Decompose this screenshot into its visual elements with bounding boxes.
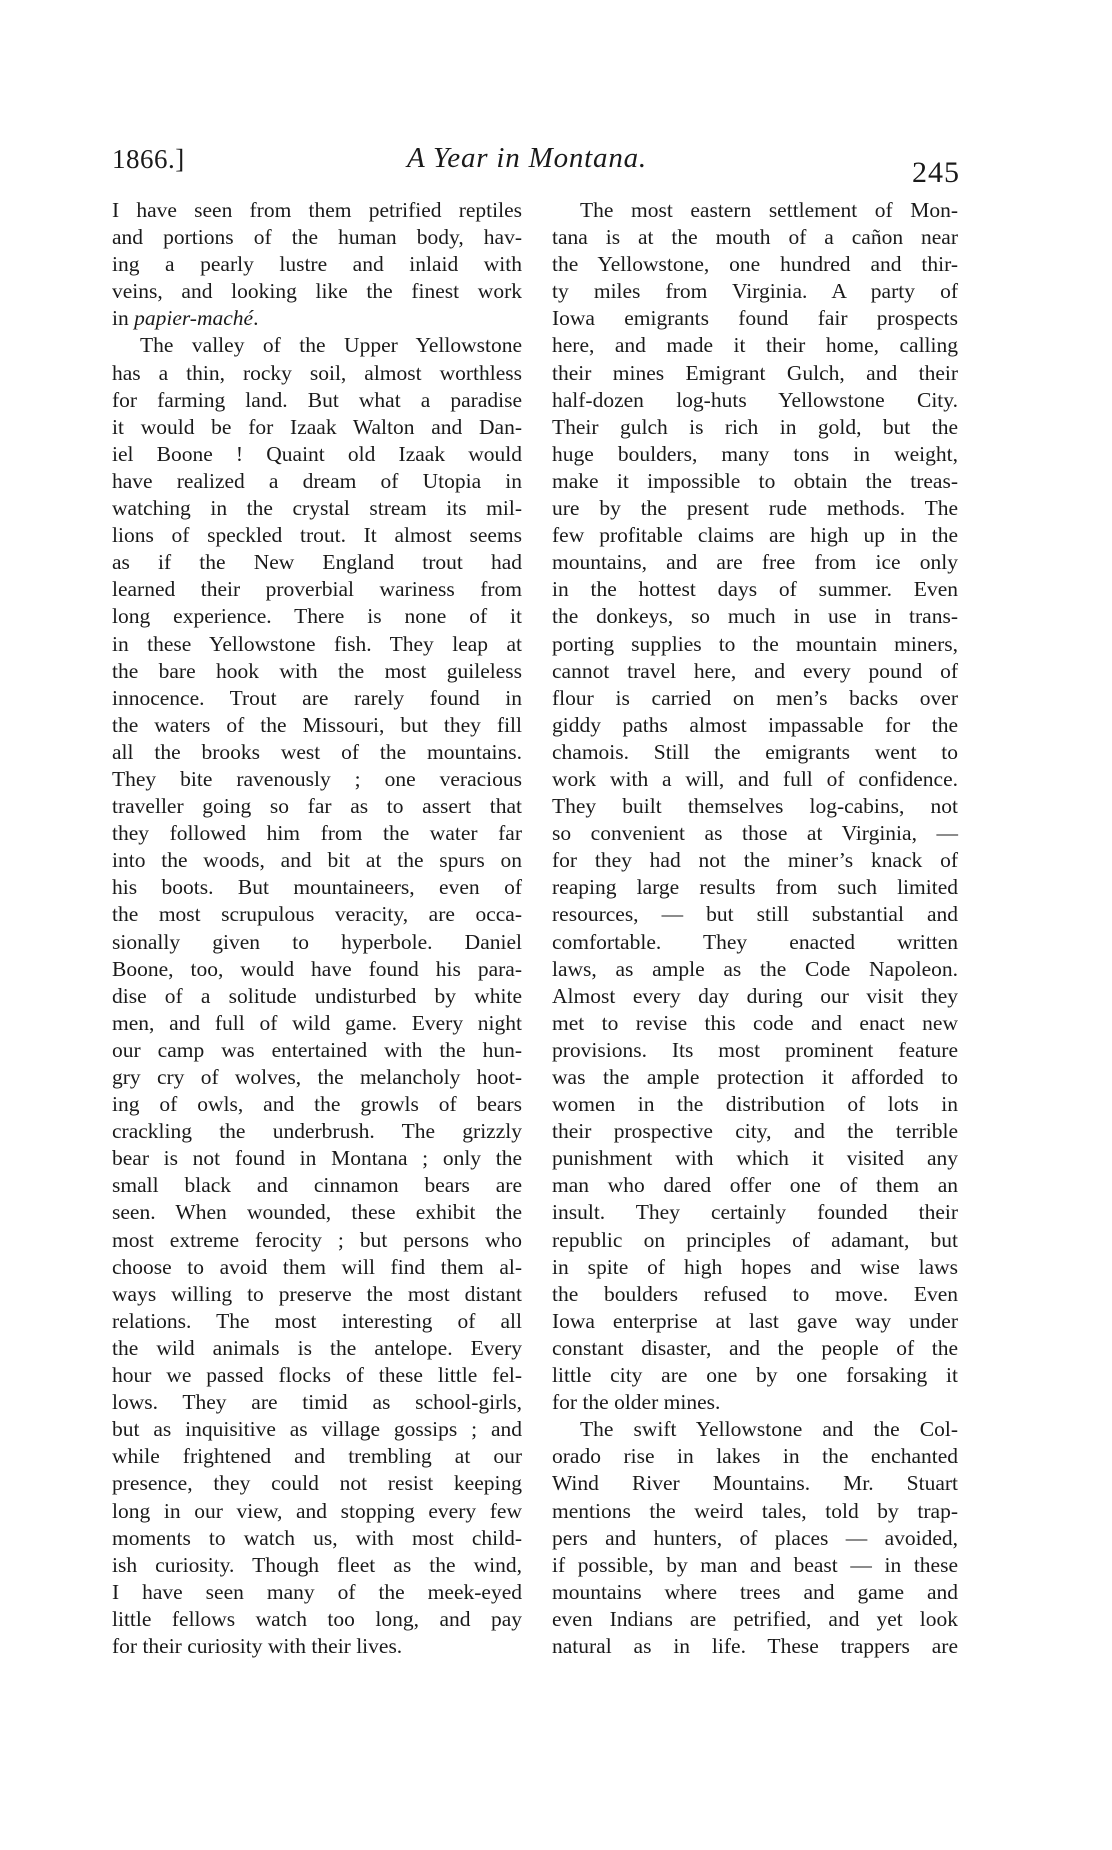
text-line: men, and full of wild game. Every night — [112, 1010, 522, 1037]
text-line-content: but as inquisitive as village gossips ; … — [112, 1416, 522, 1443]
text-line-content: few profitable claims are high up in the — [552, 522, 958, 549]
text-line-content: so convenient as those at Virginia, — — [552, 820, 958, 847]
text-line: lions of speckled trout. It almost seems — [112, 522, 522, 549]
text-line: seen. When wounded, these exhibit the — [112, 1199, 522, 1226]
text-line: for their curiosity with their lives. — [112, 1633, 522, 1660]
text-line-content: mountains, and are free from ice only — [552, 549, 958, 576]
text-line-content: huge boulders, many tons in weight, — [552, 441, 958, 468]
text-column-left: I have seen from them petrified reptiles… — [112, 197, 522, 1660]
text-line-content: iel Boone ! Quaint old Izaak would — [112, 441, 522, 468]
text-line: presence, they could not resist keeping — [112, 1470, 522, 1497]
text-line-content: their mines Emigrant Gulch, and their — [552, 360, 958, 387]
text-line-content: Iowa enterprise at last gave way under — [552, 1308, 958, 1335]
text-line: Iowa enterprise at last gave way under — [552, 1308, 958, 1335]
text-line-content: make it impossible to obtain the treas- — [552, 468, 958, 495]
text-line: tana is at the mouth of a cañon near — [552, 224, 958, 251]
text-line-content: learned their proverbial wariness from — [112, 576, 522, 603]
text-line-content: have realized a dream of Utopia in — [112, 468, 522, 495]
text-line: for the older mines. — [552, 1389, 958, 1416]
text-line: as if the New England trout had — [112, 549, 522, 576]
text-line: They built themselves log-cabins, not — [552, 793, 958, 820]
text-line-content: laws, as ample as the Code Napoleon. — [552, 956, 958, 983]
text-line: small black and cinnamon bears are — [112, 1172, 522, 1199]
text-line-content: presence, they could not resist keeping — [112, 1470, 522, 1497]
text-line-content: ish curiosity. Though fleet as the wind, — [112, 1552, 522, 1579]
text-line: has a thin, rocky soil, almost worthless — [112, 360, 522, 387]
text-line: crackling the underbrush. The grizzly — [112, 1118, 522, 1145]
text-line-content: choose to avoid them will find them al- — [112, 1254, 522, 1281]
text-line-content: while frightened and trembling at our — [112, 1443, 522, 1470]
text-line-content: constant disaster, and the people of the — [552, 1335, 958, 1362]
text-line: mountains where trees and game and — [552, 1579, 958, 1606]
text-line-content: half-dozen log-huts Yellowstone City. — [552, 387, 958, 414]
text-line: ty miles from Virginia. A party of — [552, 278, 958, 305]
text-line: constant disaster, and the people of the — [552, 1335, 958, 1362]
text-line-content: The valley of the Upper Yellowstone — [140, 332, 522, 359]
text-line-content: was the ample protection it afforded to — [552, 1064, 958, 1091]
text-line: relations. The most interesting of all — [112, 1308, 522, 1335]
text-line-content: the wild animals is the antelope. Every — [112, 1335, 522, 1362]
text-line: flour is carried on men’s backs over — [552, 685, 958, 712]
text-line-content: traveller going so far as to assert that — [112, 793, 522, 820]
text-line: they followed him from the water far — [112, 820, 522, 847]
text-line: punishment with which it visited any — [552, 1145, 958, 1172]
text-line-content: in papier-maché. — [112, 305, 522, 332]
text-line: mountains, and are free from ice only — [552, 549, 958, 576]
text-line-content: most extreme ferocity ; but persons who — [112, 1227, 522, 1254]
text-line-content: ing a pearly lustre and inlaid with — [112, 251, 522, 278]
text-line: pers and hunters, of places — avoided, — [552, 1525, 958, 1552]
text-line: for they had not the miner’s knack of — [552, 847, 958, 874]
text-line-content: provisions. Its most prominent feature — [552, 1037, 958, 1064]
text-line: Almost every day during our visit they — [552, 983, 958, 1010]
text-line: for farming land. But what a paradise — [112, 387, 522, 414]
text-line-content: all the brooks west of the mountains. — [112, 739, 522, 766]
text-line-content: the most scrupulous veracity, are occa- — [112, 901, 522, 928]
text-line-content: the bare hook with the most guileless — [112, 658, 522, 685]
text-line: all the brooks west of the mountains. — [112, 739, 522, 766]
text-line-content: our camp was entertained with the hun- — [112, 1037, 522, 1064]
text-line: Iowa emigrants found fair prospects — [552, 305, 958, 332]
running-head-title: A Year in Montana. — [407, 142, 647, 175]
italic-term: papier-maché — [134, 306, 253, 330]
text-line: here, and made it their home, calling — [552, 332, 958, 359]
text-line: in spite of high hopes and wise laws — [552, 1254, 958, 1281]
text-line: our camp was entertained with the hun- — [112, 1037, 522, 1064]
text-line-content: cannot travel here, and every pound of — [552, 658, 958, 685]
text-line-content: tana is at the mouth of a cañon near — [552, 224, 958, 251]
text-line: sionally given to hyperbole. Daniel — [112, 929, 522, 956]
text-line: innocence. Trout are rarely found in — [112, 685, 522, 712]
text-line-content: his boots. But mountaineers, even of — [112, 874, 522, 901]
text-line-content: the waters of the Missouri, but they fil… — [112, 712, 522, 739]
text-line-content: The most eastern settlement of Mon- — [580, 197, 958, 224]
text-line: even Indians are petrified, and yet look — [552, 1606, 958, 1633]
text-line-content: chamois. Still the emigrants went to — [552, 739, 958, 766]
text-line: orado rise in lakes in the enchanted — [552, 1443, 958, 1470]
text-line: choose to avoid them will find them al- — [112, 1254, 522, 1281]
text-line-content: moments to watch us, with most child- — [112, 1525, 522, 1552]
text-line-content: the Yellowstone, one hundred and thir- — [552, 251, 958, 278]
text-line-content: reaping large results from such limited — [552, 874, 958, 901]
text-line: I have seen from them petrified reptiles — [112, 197, 522, 224]
text-line-content: giddy paths almost impassable for the — [552, 712, 958, 739]
text-line-content: for they had not the miner’s knack of — [552, 847, 958, 874]
text-line-content: has a thin, rocky soil, almost worthless — [112, 360, 522, 387]
text-line: veins, and looking like the finest work — [112, 278, 522, 305]
text-line: provisions. Its most prominent feature — [552, 1037, 958, 1064]
text-line-content: for the older mines. — [552, 1389, 958, 1416]
text-line-content: for farming land. But what a paradise — [112, 387, 522, 414]
text-line: few profitable claims are high up in the — [552, 522, 958, 549]
text-line: huge boulders, many tons in weight, — [552, 441, 958, 468]
text-line-content: seen. When wounded, these exhibit the — [112, 1199, 522, 1226]
text-line: their mines Emigrant Gulch, and their — [552, 360, 958, 387]
text-line: bear is not found in Montana ; only the — [112, 1145, 522, 1172]
text-line-content: little city are one by one forsaking it — [552, 1362, 958, 1389]
text-line: work with a will, and full of confidence… — [552, 766, 958, 793]
text-line: man who dared offer one of them an — [552, 1172, 958, 1199]
text-line-content: and portions of the human body, hav- — [112, 224, 522, 251]
text-line: little city are one by one forsaking it — [552, 1362, 958, 1389]
text-line: giddy paths almost impassable for the — [552, 712, 958, 739]
text-line-content: republic on principles of adamant, but — [552, 1227, 958, 1254]
text-line-content: mountains where trees and game and — [552, 1579, 958, 1606]
text-column-right: The most eastern settlement of Mon-tana … — [552, 197, 958, 1660]
text-line-content: in the hottest days of summer. Even — [552, 576, 958, 603]
text-line: They bite ravenously ; one veracious — [112, 766, 522, 793]
text-line-content: bear is not found in Montana ; only the — [112, 1145, 522, 1172]
text-line: most extreme ferocity ; but persons who — [112, 1227, 522, 1254]
text-line: watching in the crystal stream its mil- — [112, 495, 522, 522]
text-line-content: into the woods, and bit at the spurs on — [112, 847, 522, 874]
text-line-content: even Indians are petrified, and yet look — [552, 1606, 958, 1633]
text-line-content: in spite of high hopes and wise laws — [552, 1254, 958, 1281]
text-line: porting supplies to the mountain miners, — [552, 631, 958, 658]
text-line: the waters of the Missouri, but they fil… — [112, 712, 522, 739]
text-line-content: natural as in life. These trappers are — [552, 1633, 958, 1660]
text-line: was the ample protection it afforded to — [552, 1064, 958, 1091]
text-line: but as inquisitive as village gossips ; … — [112, 1416, 522, 1443]
text-line: met to revise this code and enact new — [552, 1010, 958, 1037]
text-line-content: it would be for Izaak Walton and Dan- — [112, 414, 522, 441]
text-line-content: crackling the underbrush. The grizzly — [112, 1118, 522, 1145]
text-line: if possible, by man and beast — in these — [552, 1552, 958, 1579]
text-line: into the woods, and bit at the spurs on — [112, 847, 522, 874]
text-line: in the hottest days of summer. Even — [552, 576, 958, 603]
text-line: the boulders refused to move. Even — [552, 1281, 958, 1308]
text-line: the donkeys, so much in use in trans- — [552, 603, 958, 630]
text-line-content: hour we passed flocks of these little fe… — [112, 1362, 522, 1389]
text-line-content: work with a will, and full of confidence… — [552, 766, 958, 793]
text-line: comfortable. They enacted written — [552, 929, 958, 956]
text-line-content: ty miles from Virginia. A party of — [552, 278, 958, 305]
text-line-content: They bite ravenously ; one veracious — [112, 766, 522, 793]
text-line-content: pers and hunters, of places — avoided, — [552, 1525, 958, 1552]
text-line-content: comfortable. They enacted written — [552, 929, 958, 956]
text-line-content: Boone, too, would have found his para- — [112, 956, 522, 983]
text-line: dise of a solitude undisturbed by white — [112, 983, 522, 1010]
document-page: 1866.] A Year in Montana. 245 I have see… — [0, 0, 1112, 1850]
text-line-content: They built themselves log-cabins, not — [552, 793, 958, 820]
text-line-content: Almost every day during our visit they — [552, 983, 958, 1010]
text-line: Their gulch is rich in gold, but the — [552, 414, 958, 441]
text-line: in papier-maché. — [112, 305, 522, 332]
text-line: chamois. Still the emigrants went to — [552, 739, 958, 766]
text-line: the wild animals is the antelope. Every — [112, 1335, 522, 1362]
text-line-content: their prospective city, and the terrible — [552, 1118, 958, 1145]
text-line-content: dise of a solitude undisturbed by white — [112, 983, 522, 1010]
text-line-content: women in the distribution of lots in — [552, 1091, 958, 1118]
text-line-content: little fellows watch too long, and pay — [112, 1606, 522, 1633]
text-line: the Yellowstone, one hundred and thir- — [552, 251, 958, 278]
text-line-content: ways willing to preserve the most distan… — [112, 1281, 522, 1308]
page-number: 245 — [912, 156, 960, 190]
text-line: ways willing to preserve the most distan… — [112, 1281, 522, 1308]
text-line-content: the donkeys, so much in use in trans- — [552, 603, 958, 630]
text-line-content: met to revise this code and enact new — [552, 1010, 958, 1037]
text-line: cannot travel here, and every pound of — [552, 658, 958, 685]
text-line: Wind River Mountains. Mr. Stuart — [552, 1470, 958, 1497]
text-line: the bare hook with the most guileless — [112, 658, 522, 685]
text-line-content: they followed him from the water far — [112, 820, 522, 847]
text-line: traveller going so far as to assert that — [112, 793, 522, 820]
running-head: 1866.] A Year in Montana. 245 — [112, 140, 960, 190]
text-line: his boots. But mountaineers, even of — [112, 874, 522, 901]
text-line: insult. They certainly founded their — [552, 1199, 958, 1226]
text-line: ish curiosity. Though fleet as the wind, — [112, 1552, 522, 1579]
text-line: gry cry of wolves, the melancholy hoot- — [112, 1064, 522, 1091]
text-line: iel Boone ! Quaint old Izaak would — [112, 441, 522, 468]
text-line-content: if possible, by man and beast — in these — [552, 1552, 958, 1579]
text-line: ing a pearly lustre and inlaid with — [112, 251, 522, 278]
text-line-content: gry cry of wolves, the melancholy hoot- — [112, 1064, 522, 1091]
text-line: Boone, too, would have found his para- — [112, 956, 522, 983]
text-line: mentions the weird tales, told by trap- — [552, 1498, 958, 1525]
text-line-content: small black and cinnamon bears are — [112, 1172, 522, 1199]
text-line: hour we passed flocks of these little fe… — [112, 1362, 522, 1389]
text-line: so convenient as those at Virginia, — — [552, 820, 958, 847]
text-line-content: I have seen from them petrified reptiles — [112, 197, 522, 224]
text-line-content: men, and full of wild game. Every night — [112, 1010, 522, 1037]
text-line: resources, — but still substantial and — [552, 901, 958, 928]
text-line: reaping large results from such limited — [552, 874, 958, 901]
text-line: The most eastern settlement of Mon- — [552, 197, 958, 224]
text-run: . — [253, 306, 258, 330]
text-line: laws, as ample as the Code Napoleon. — [552, 956, 958, 983]
text-line: their prospective city, and the terrible — [552, 1118, 958, 1145]
text-line-content: porting supplies to the mountain miners, — [552, 631, 958, 658]
text-line: have realized a dream of Utopia in — [112, 468, 522, 495]
text-line: long in our view, and stopping every few — [112, 1498, 522, 1525]
text-line-content: flour is carried on men’s backs over — [552, 685, 958, 712]
text-line: little fellows watch too long, and pay — [112, 1606, 522, 1633]
text-line: The valley of the Upper Yellowstone — [112, 332, 522, 359]
running-head-year: 1866.] — [112, 144, 185, 175]
text-line: moments to watch us, with most child- — [112, 1525, 522, 1552]
text-line: women in the distribution of lots in — [552, 1091, 958, 1118]
text-line: ure by the present rude methods. The — [552, 495, 958, 522]
text-line-content: orado rise in lakes in the enchanted — [552, 1443, 958, 1470]
text-line-content: for their curiosity with their lives. — [112, 1633, 522, 1660]
text-line-content: long experience. There is none of it — [112, 603, 522, 630]
text-line: long experience. There is none of it — [112, 603, 522, 630]
text-line-content: The swift Yellowstone and the Col- — [580, 1416, 958, 1443]
text-line-content: Their gulch is rich in gold, but the — [552, 414, 958, 441]
text-line-content: man who dared offer one of them an — [552, 1172, 958, 1199]
text-line-content: innocence. Trout are rarely found in — [112, 685, 522, 712]
text-line-content: sionally given to hyperbole. Daniel — [112, 929, 522, 956]
text-line-content: I have seen many of the meek-eyed — [112, 1579, 522, 1606]
text-line-content: long in our view, and stopping every few — [112, 1498, 522, 1525]
text-line: in these Yellowstone fish. They leap at — [112, 631, 522, 658]
text-line: half-dozen log-huts Yellowstone City. — [552, 387, 958, 414]
text-line-content: veins, and looking like the finest work — [112, 278, 522, 305]
text-line-content: the boulders refused to move. Even — [552, 1281, 958, 1308]
text-line: learned their proverbial wariness from — [112, 576, 522, 603]
text-line-content: watching in the crystal stream its mil- — [112, 495, 522, 522]
text-line-content: as if the New England trout had — [112, 549, 522, 576]
text-line-content: Wind River Mountains. Mr. Stuart — [552, 1470, 958, 1497]
text-run: in — [112, 306, 134, 330]
text-line: and portions of the human body, hav- — [112, 224, 522, 251]
text-line: lows. They are timid as school-girls, — [112, 1389, 522, 1416]
text-line: I have seen many of the meek-eyed — [112, 1579, 522, 1606]
text-line-content: here, and made it their home, calling — [552, 332, 958, 359]
text-line: ing of owls, and the growls of bears — [112, 1091, 522, 1118]
text-line-content: in these Yellowstone fish. They leap at — [112, 631, 522, 658]
text-line: it would be for Izaak Walton and Dan- — [112, 414, 522, 441]
text-line-content: lows. They are timid as school-girls, — [112, 1389, 522, 1416]
text-line-content: mentions the weird tales, told by trap- — [552, 1498, 958, 1525]
text-line-content: resources, — but still substantial and — [552, 901, 958, 928]
text-line: make it impossible to obtain the treas- — [552, 468, 958, 495]
text-line-content: Iowa emigrants found fair prospects — [552, 305, 958, 332]
text-line-content: punishment with which it visited any — [552, 1145, 958, 1172]
text-line-content: relations. The most interesting of all — [112, 1308, 522, 1335]
text-line: the most scrupulous veracity, are occa- — [112, 901, 522, 928]
text-line: The swift Yellowstone and the Col- — [552, 1416, 958, 1443]
text-line-content: ure by the present rude methods. The — [552, 495, 958, 522]
text-line-content: lions of speckled trout. It almost seems — [112, 522, 522, 549]
text-line: republic on principles of adamant, but — [552, 1227, 958, 1254]
text-line: natural as in life. These trappers are — [552, 1633, 958, 1660]
text-line-content: ing of owls, and the growls of bears — [112, 1091, 522, 1118]
text-line: while frightened and trembling at our — [112, 1443, 522, 1470]
text-line-content: insult. They certainly founded their — [552, 1199, 958, 1226]
